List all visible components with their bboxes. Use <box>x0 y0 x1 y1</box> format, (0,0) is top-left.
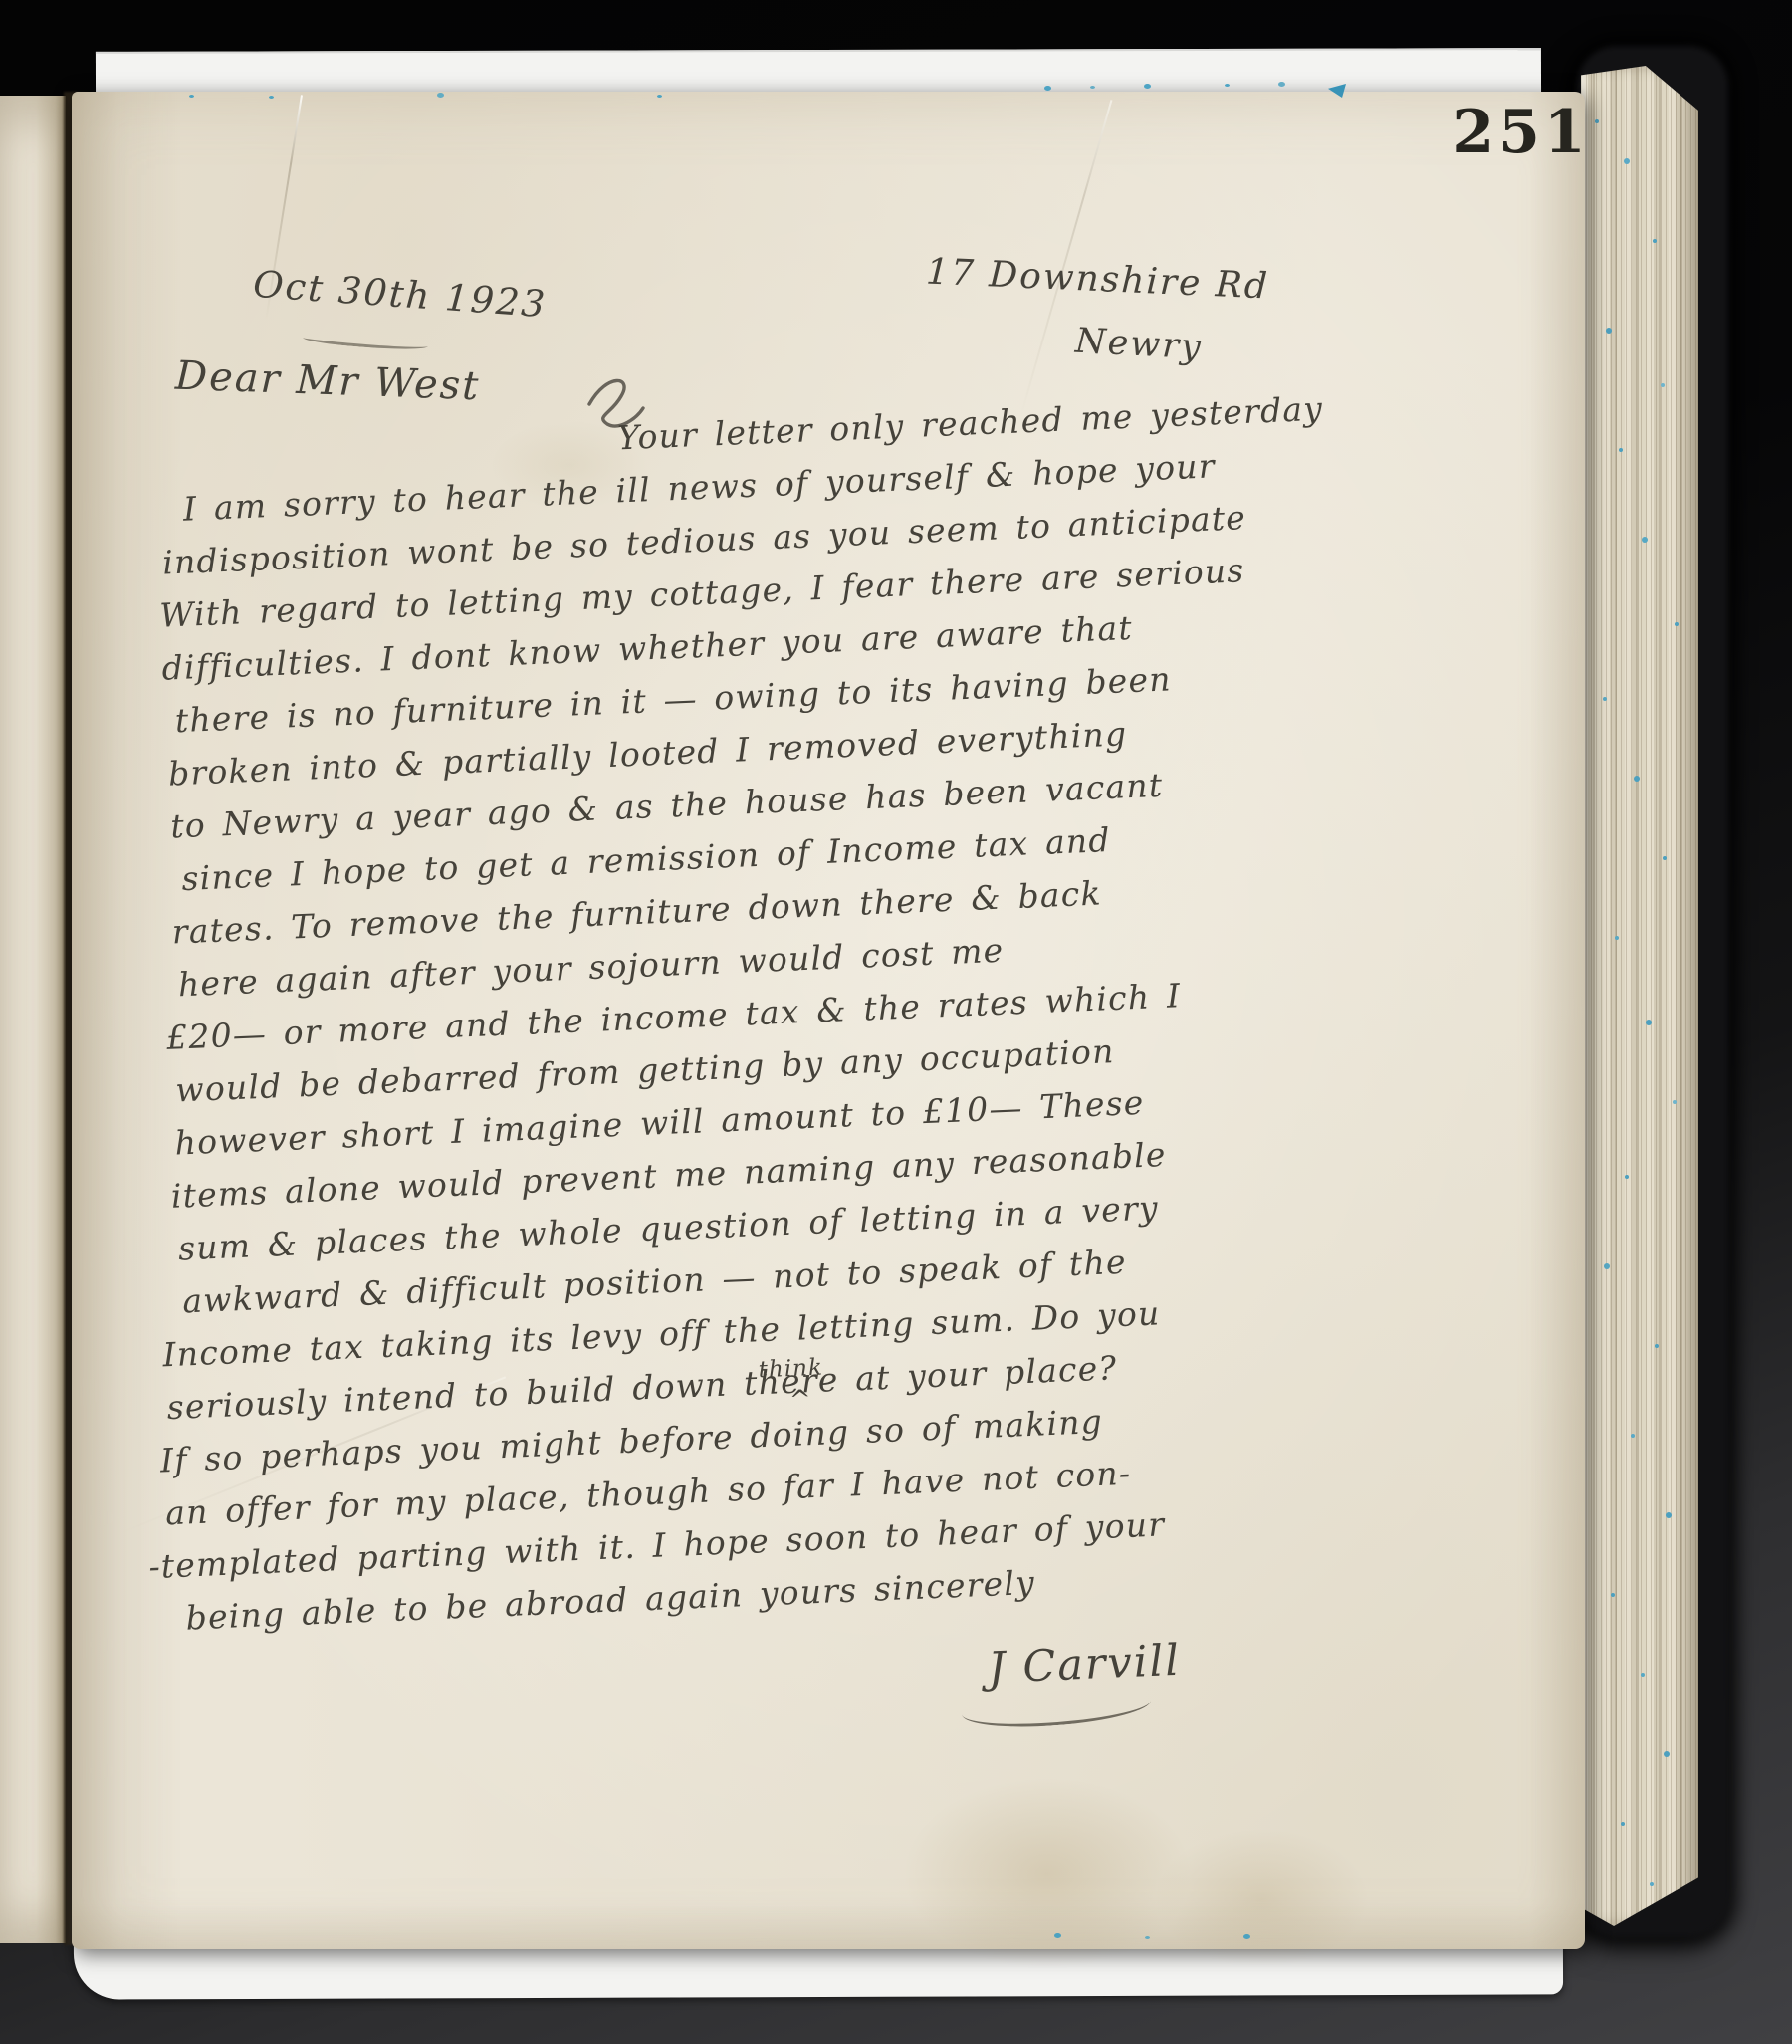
page-number: 251 <box>1432 98 1611 167</box>
letter-page: 251 Oct 30th 1923 17 Downshire Rd Newry … <box>72 92 1585 1949</box>
facing-page-sliver <box>0 96 66 1943</box>
date-underline-flourish <box>303 332 428 353</box>
paper-stain <box>898 1774 1197 1973</box>
blue-ink-speckles <box>189 95 194 98</box>
letter-date: Oct 30th 1923 <box>252 263 549 327</box>
inserted-word: think <box>758 1355 823 1384</box>
address-line-1: 17 Downshire Rd <box>925 251 1270 307</box>
insertion-caret-mark: ^ <box>788 1385 811 1416</box>
letter-body: Your letter only reached me yesterday I … <box>151 383 1510 1761</box>
signature: J Carvill <box>987 1622 1508 1703</box>
photographed-letter-book-page: 251 Oct 30th 1923 17 Downshire Rd Newry … <box>0 0 1792 2044</box>
page-stack-fore-edge <box>1581 66 1698 1926</box>
address-line-2: Newry <box>1074 322 1204 368</box>
salutation: Dear Mr West <box>174 353 481 410</box>
